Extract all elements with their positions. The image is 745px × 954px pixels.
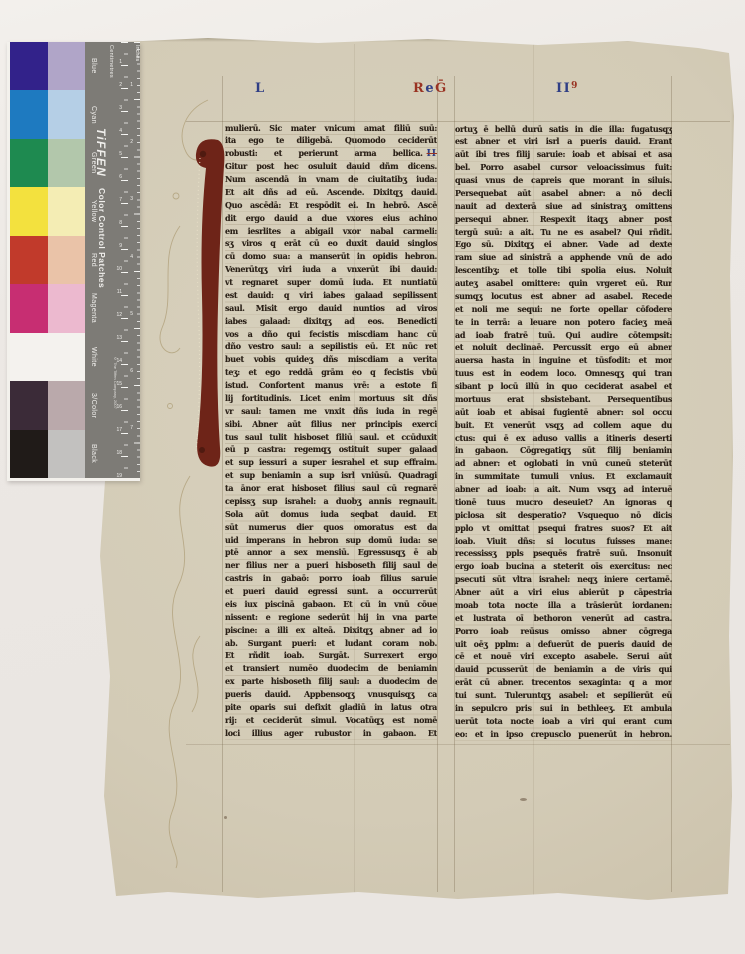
running-header-book-letter: L — [255, 81, 266, 96]
patch-row-black — [10, 430, 85, 478]
text-line: eo: et in ipso crepusclo puenerūt in heb… — [455, 728, 672, 741]
patch-row-green — [10, 139, 85, 187]
text-line: robusti: et perierunt arma bellica.II — [225, 147, 437, 160]
text-line: ergo ioab bucina a steterit oīs exercitu… — [455, 560, 672, 573]
inch-number-column: 1234567 — [127, 42, 133, 478]
text-line: moab tota nocte illa a trāsierūt iordane… — [455, 599, 672, 612]
text-line: cepissʒ sup israhel: a duobʒ annis regna… — [225, 495, 437, 508]
patch-dark — [10, 236, 48, 284]
page-right-edge — [731, 36, 740, 908]
ruler-bar: BlueCyanGreenYellowRedMagentaWhite3/Colo… — [85, 42, 140, 478]
text-line: lij fortitudinis. Licet enim mortuus sit… — [225, 392, 437, 405]
header-letter: Ḡ — [435, 81, 448, 96]
patch-label: Magenta — [86, 284, 97, 332]
ruler-number: 10 — [116, 266, 122, 272]
patch-dark — [10, 381, 48, 429]
text-line: in gabaon. Cōgregatiqʒ sūt filij beniami… — [455, 444, 672, 457]
text-line: lescentibʒ: et tolle tibi spolia eius. N… — [455, 264, 672, 277]
text-line: ner filius ner a pueri hisboseth filij s… — [225, 559, 437, 572]
ruling-line-bottom — [186, 744, 730, 745]
patch-label: 3/Color — [86, 381, 97, 429]
text-line: eis iux piscinā gabaon. Et cū in vnū cōu… — [225, 598, 437, 611]
text-line: sūt numerus dier quos omoratus est da — [225, 521, 437, 534]
header-letter: L — [255, 81, 266, 96]
ruler-number: 7 — [119, 197, 122, 203]
text-line: ta ānor erat hisboset filius saul cū reg… — [225, 482, 437, 495]
text-line: buit. Et venerūt vsqʒ ad collem aque du — [455, 419, 672, 432]
text-line: ram siue ad sinistrā a apphende vnū de a… — [455, 251, 672, 264]
ruler-number: 3 — [119, 105, 122, 111]
text-line: dauid pcusserūt de beniamin a de viris q… — [455, 663, 672, 676]
text-line: et sup iessuri a super iesrahel et sup e… — [225, 456, 437, 469]
ruler-number: 2 — [130, 139, 133, 145]
text-line: est dauid: q viri iabes galaad sepilisse… — [225, 289, 437, 302]
ink-speck — [520, 798, 527, 801]
ruler-number: 4 — [130, 254, 133, 260]
ink-speck — [224, 816, 227, 819]
text-line: Et ait dñs ad eū. Ascende. Dixitqʒ dauid… — [225, 186, 437, 199]
page-bottom-edge — [88, 901, 740, 908]
patch-light — [48, 381, 86, 429]
text-line: buet vobis quideʒ dñs miscdiam a verita — [225, 353, 437, 366]
ruling-line-col1-right — [437, 76, 438, 892]
text-line: ortuʒ ē bellū durū satis in die illa: fu… — [455, 123, 672, 136]
running-header-title: ReḠ — [413, 81, 448, 96]
text-line: nauit ad dexterā siue ad sinistraʒ omitt… — [455, 200, 672, 213]
ruler-number: 5 — [119, 151, 122, 157]
text-line: tui sunt. Tuleruntqʒ asabel: et sepilier… — [455, 689, 672, 702]
text-line: em iesrlites a abigail vxor nabal carmel… — [225, 225, 437, 238]
patch-label: Red — [86, 236, 97, 284]
patch-light — [48, 42, 86, 90]
text-line: pplo vt omittat psequi fratres suos? Et … — [455, 522, 672, 535]
patch-light — [48, 139, 86, 187]
text-line: teʒ: et ego reddā grām eo q fecistis vbū — [225, 366, 437, 379]
patch-grid — [10, 42, 85, 478]
text-line: et noluit declinaē. Percussit ergo eū ab… — [455, 341, 672, 354]
patch-dark — [10, 430, 48, 478]
text-line: et transiert numēo duodecim de beniamin — [225, 662, 437, 675]
ruler-number: 16 — [116, 404, 122, 410]
text-line: et sup beniamin a sup isrl vniūsū. Quadr… — [225, 469, 437, 482]
text-line: Porro ioab reūsus omisso abner cōgrega — [455, 625, 672, 638]
text-line: tuus est in eodem loco. Omnesqʒ qui tran — [455, 367, 672, 380]
ruler-number: 5 — [130, 311, 133, 317]
text-line: abner ad ioab: a ait. Num vsqʒ ad interu… — [455, 483, 672, 496]
text-line: mortuus erat sbsistebant. Persequentibus — [455, 393, 672, 406]
ruler-number: 1 — [130, 82, 133, 88]
patch-light — [48, 284, 86, 332]
text-line: sibi. Abner aūt filius ner principis exe… — [225, 418, 437, 431]
patch-light — [48, 430, 86, 478]
patch-dark — [10, 42, 48, 90]
patch-label: White — [86, 333, 97, 381]
text-line: vr saul: tamen me vnxit dñs iuda in regē — [225, 405, 437, 418]
patch-light — [48, 187, 86, 235]
text-line: Persequebat aūt asabel abner: a nō decli — [455, 187, 672, 200]
patch-light — [48, 333, 86, 381]
ruler-number: 11 — [117, 289, 122, 295]
ruler-number: 2 — [119, 82, 122, 88]
text-line: auteʒ asabel omittere: quin vrgeret eū. … — [455, 277, 672, 290]
page-top-edge — [88, 36, 740, 42]
text-line: ctus: qui ē ex aduso vallis a itineris d… — [455, 432, 672, 445]
text-line: uerūt tota nocte ioab a viri qui erant c… — [455, 715, 672, 728]
cm-number-column: 12345678910111213141516171819 — [113, 42, 122, 478]
text-line: recessissʒ ppls psequēs fratrē suū. Inso… — [455, 547, 672, 560]
text-line: ioab. Viuit dñs: si locutus fuisses mane… — [455, 535, 672, 548]
ruler-number: 19 — [116, 473, 122, 478]
text-line: aūt ioab et abisai fugientē abner: sol o… — [455, 406, 672, 419]
text-line: cē et nouē viri excepto asabele. Serui a… — [455, 650, 672, 663]
ruler-number: 3 — [130, 196, 133, 202]
text-line: aūt ibi tres filij saruie: ioab et abisa… — [455, 148, 672, 161]
patch-dark — [10, 187, 48, 235]
patch-row-cyan — [10, 90, 85, 138]
header-letter: 9 — [571, 81, 577, 91]
text-line: bel. Porro asabel cursor veloacissimus f… — [455, 161, 672, 174]
text-line: Sola aūt domus iuda seqbat dauid. Et — [225, 508, 437, 521]
text-line: Quo ascēdā: Et respōdit ei. In hebrō. As… — [225, 199, 437, 212]
patch-dark — [10, 333, 48, 381]
text-line: tus saul tulit hisboset filiū saul. et c… — [225, 431, 437, 444]
text-line: tergū suū: a ait. Tu ne es asabel? Qui r… — [455, 226, 672, 239]
patch-row-yellow — [10, 187, 85, 235]
text-line: ptē annor a sex mensiū. Egressusqʒ ē ab — [225, 546, 437, 559]
text-line: persequi abner. Respexit itaqʒ abner pos… — [455, 213, 672, 226]
text-line: vos a dño qui fecistis miscdiam hanc cū — [225, 328, 437, 341]
text-line: vt regnaret super domū iuda. Et nuntiatū — [225, 276, 437, 289]
text-line: Num ascendā in vnam de ciuitatibʒ iuda: — [225, 173, 437, 186]
patch-label: Blue — [86, 42, 97, 90]
text-line: dit ergo dauid a due vxores eius achino — [225, 212, 437, 225]
text-line: est abner et viri isrl a pueris dauid. E… — [455, 135, 672, 148]
text-line: eū p castra: regemqʒ ostituit super gala… — [225, 443, 437, 456]
inch-tick-marks-major — [134, 42, 140, 478]
text-line: psecuti sūt vltra israhel: neqʒ iniere c… — [455, 573, 672, 586]
text-line: dño vestro saul: a sepilistis eū. Et nūc… — [225, 340, 437, 353]
text-line: saul. Misit ergo dauid nuntios ad viros — [225, 302, 437, 315]
patch-dark — [10, 139, 48, 187]
tiffen-logo: TiFFEN — [94, 128, 108, 177]
running-header-leaf-number: II9 — [556, 81, 577, 96]
text-column-left: mulierū. Sic mater vnicum amat filiū suū… — [225, 122, 437, 740]
text-line: te in terrā: a leuare non potero facieʒ … — [455, 316, 672, 329]
ruler-number: 8 — [119, 220, 122, 226]
ruler-number: 1 — [119, 59, 122, 65]
patch-row-magenta — [10, 284, 85, 332]
tiffen-color-chart: BlueCyanGreenYellowRedMagentaWhite3/Colo… — [7, 42, 140, 481]
text-line: et pueri dauid egressi sunt. a occurrerū… — [225, 585, 437, 598]
text-line: sʒ viros q erāt cū eo duxit dauid singlo… — [225, 237, 437, 250]
text-line: sibant p locū illū in quo ceciderat asab… — [455, 380, 672, 393]
patch-dark — [10, 284, 48, 332]
text-line: tionē tuus mucro deseuiet? An ignoras q — [455, 496, 672, 509]
text-line: Venerūtqʒ viri iuda a vnxerūt ibi dauid: — [225, 263, 437, 276]
patch-light — [48, 236, 86, 284]
text-line: mulierū. Sic mater vnicum amat filiū suū… — [225, 122, 437, 135]
text-line: ex parte hisboseth filij saul: a duodeci… — [225, 675, 437, 688]
text-line: cū domo sua: a manserūt in opidis hebron… — [225, 250, 437, 263]
text-line: in summitate tumuli vnius. Et exclamauit — [455, 470, 672, 483]
ruler-number: 14 — [116, 358, 122, 364]
ruler-number: 4 — [119, 128, 122, 134]
text-line: erāt cū abner. trecentos sexaginta: q a … — [455, 676, 672, 689]
text-line: rij: et ceciderūt simul. Vocatūqʒ est no… — [225, 714, 437, 727]
text-line: et noli me sequi: ne forte opellar cōfod… — [455, 303, 672, 316]
text-line: Gitur post hec osuluit dauid dñm dicens. — [225, 160, 437, 173]
text-line: ab. Surgant pueri: et ludant coram nob. — [225, 637, 437, 650]
chart-title: Color Control Patches — [97, 188, 107, 288]
text-line: castris in gabaō: porro ioab filius saru… — [225, 572, 437, 585]
text-line: pueris dauid. Appbensoqʒ vnusquisqʒ ca — [225, 688, 437, 701]
text-column-right: ortuʒ ē bellū durū satis in die illa: fu… — [455, 123, 672, 741]
text-line: quasi vnus de capreis que morant in silu… — [455, 174, 672, 187]
patch-label: Yellow — [86, 187, 97, 235]
ruler-number: 17 — [116, 427, 122, 433]
text-line: auersa hasta in inguine et tūsfodit: et … — [455, 354, 672, 367]
chapter-numeral: II — [423, 149, 437, 159]
text-line: istud. Confortent manus vrē: a estote fi — [225, 379, 437, 392]
patch-label: Black — [86, 430, 97, 478]
text-line: pite oparis sui defixit gladiū in latus … — [225, 701, 437, 714]
ruler-number: 9 — [119, 243, 122, 249]
header-letter: R — [413, 81, 425, 96]
patch-row-red — [10, 236, 85, 284]
text-line: piscine: a illi ex alteā. Dixitqʒ abner … — [225, 624, 437, 637]
manuscript-page: L ReḠ II9 mulierū. Sic mater vnicum amat… — [88, 36, 740, 908]
ruler-number: 6 — [119, 174, 122, 180]
text-line: ad ioab fratrē tuū. Qui audire cōtempsit… — [455, 329, 672, 342]
ruler-number: 15 — [116, 381, 122, 387]
photo-backing-sheet: { "photo": { "backing_color": "#eae6e2",… — [0, 0, 745, 954]
patch-dark — [10, 90, 48, 138]
ruler-number: 7 — [130, 425, 133, 431]
header-letter: e — [425, 81, 435, 96]
text-line: ad abner: et oglobati in vnū cuneū stete… — [455, 457, 672, 470]
text-line: uit oēʒ pplm: a defuerūt de pueris dauid… — [455, 638, 672, 651]
patch-row-white — [10, 333, 85, 381]
header-letter: II — [556, 81, 571, 96]
text-line: Abner aūt a viri eius abierūt p cāpestri… — [455, 586, 672, 599]
text-line: iabes galaad: dixitqʒ ad eos. Benedicti — [225, 315, 437, 328]
ruler-number: 12 — [116, 312, 122, 318]
text-line: loci illius ager rubustor in gabaon. Et — [225, 727, 437, 740]
text-line: et lustrata oī bethoron venerūt ad castr… — [455, 612, 672, 625]
text-line: nissent: e regione sederūt hij in vna pa… — [225, 611, 437, 624]
patch-light — [48, 90, 86, 138]
text-line: uid imperans in hebron sup domū iuda: se — [225, 534, 437, 547]
text-line: in sepulcro pris sui in bethleeʒ. Et amb… — [455, 702, 672, 715]
patch-row-3color — [10, 381, 85, 429]
text-line: Et rñdit ioab. Surgāt. Surrexert ergo — [225, 649, 437, 662]
text-line: sumqʒ locutus est abner ad asabel. Reced… — [455, 290, 672, 303]
text-line: Ego sū. Dixitqʒ ei abner. Vade ad dexte — [455, 238, 672, 251]
text-line: ita ego te diligebā. Quomodo ceciderūt — [225, 134, 437, 147]
patch-row-blue — [10, 42, 85, 90]
ruler-number: 18 — [116, 450, 122, 456]
ruler-number: 6 — [130, 368, 133, 374]
text-line: piclosa sit desperatio? Vsquequo nō dici… — [455, 509, 672, 522]
ruler-number: 13 — [116, 335, 122, 341]
